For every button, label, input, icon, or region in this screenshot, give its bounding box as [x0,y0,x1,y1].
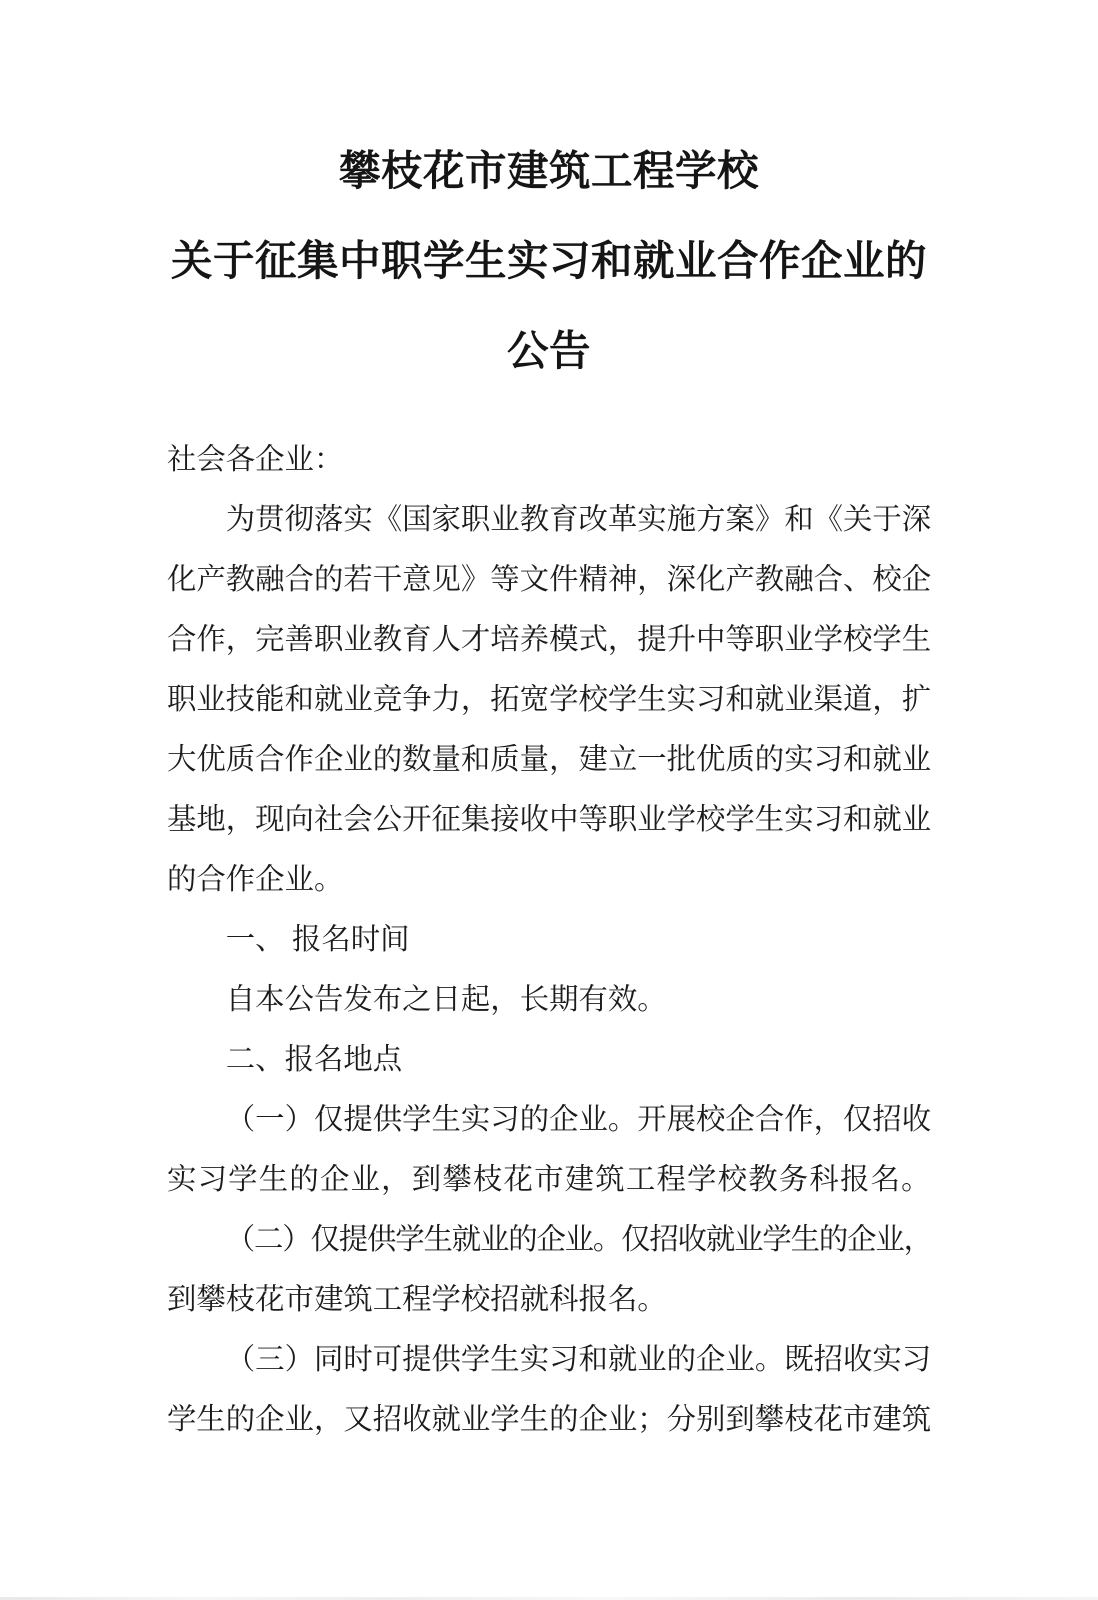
body-line: （一）仅提供学生实习的企业。开展校企合作，仅招收 [167,1090,933,1150]
body-line: 职业技能和就业竞争力，拓宽学校学生实习和就业渠道，扩 [167,670,933,730]
body-line: （三）同时可提供学生实习和就业的企业。既招收实习 [167,1330,933,1390]
body-line: 学生的企业，又招收就业学生的企业；分别到攀枝花市建筑 [167,1390,933,1450]
body-line: 二、报名地点 [167,1030,933,1090]
body-line: 大优质合作企业的数量和质量，建立一批优质的实习和就业 [167,730,933,790]
body-line: 的合作企业。 [167,850,933,910]
body-line: 实习学生的企业，到攀枝花市建筑工程学校教务科报名。 [167,1150,933,1210]
body-line: 合作，完善职业教育人才培养模式，提升中等职业学校学生 [167,610,933,670]
body-line: 社会各企业： [167,430,933,490]
body-line: 一、 报名时间 [167,910,933,970]
title-line-subject: 关于征集中职学生实习和就业合作企业的 [0,216,1098,306]
title-line-notice: 公告 [0,306,1098,396]
body-line: 化产教融合的若干意见》等文件精神，深化产教融合、校企 [167,550,933,610]
document-page: 攀枝花市建筑工程学校 关于征集中职学生实习和就业合作企业的 公告 社会各企业：为… [0,0,1098,1600]
body-line: （二）仅提供学生就业的企业。仅招收就业学生的企业， [167,1210,933,1270]
document-title: 攀枝花市建筑工程学校 关于征集中职学生实习和就业合作企业的 公告 [0,0,1098,396]
document-body: 社会各企业：为贯彻落实《国家职业教育改革实施方案》和《关于深化产教融合的若干意见… [0,430,933,1450]
body-line: 到攀枝花市建筑工程学校招就科报名。 [167,1270,933,1330]
title-line-school: 攀枝花市建筑工程学校 [0,126,1098,216]
body-line: 为贯彻落实《国家职业教育改革实施方案》和《关于深 [167,490,933,550]
body-line: 基地，现向社会公开征集接收中等职业学校学生实习和就业 [167,790,933,850]
body-line: 自本公告发布之日起，长期有效。 [167,970,933,1030]
